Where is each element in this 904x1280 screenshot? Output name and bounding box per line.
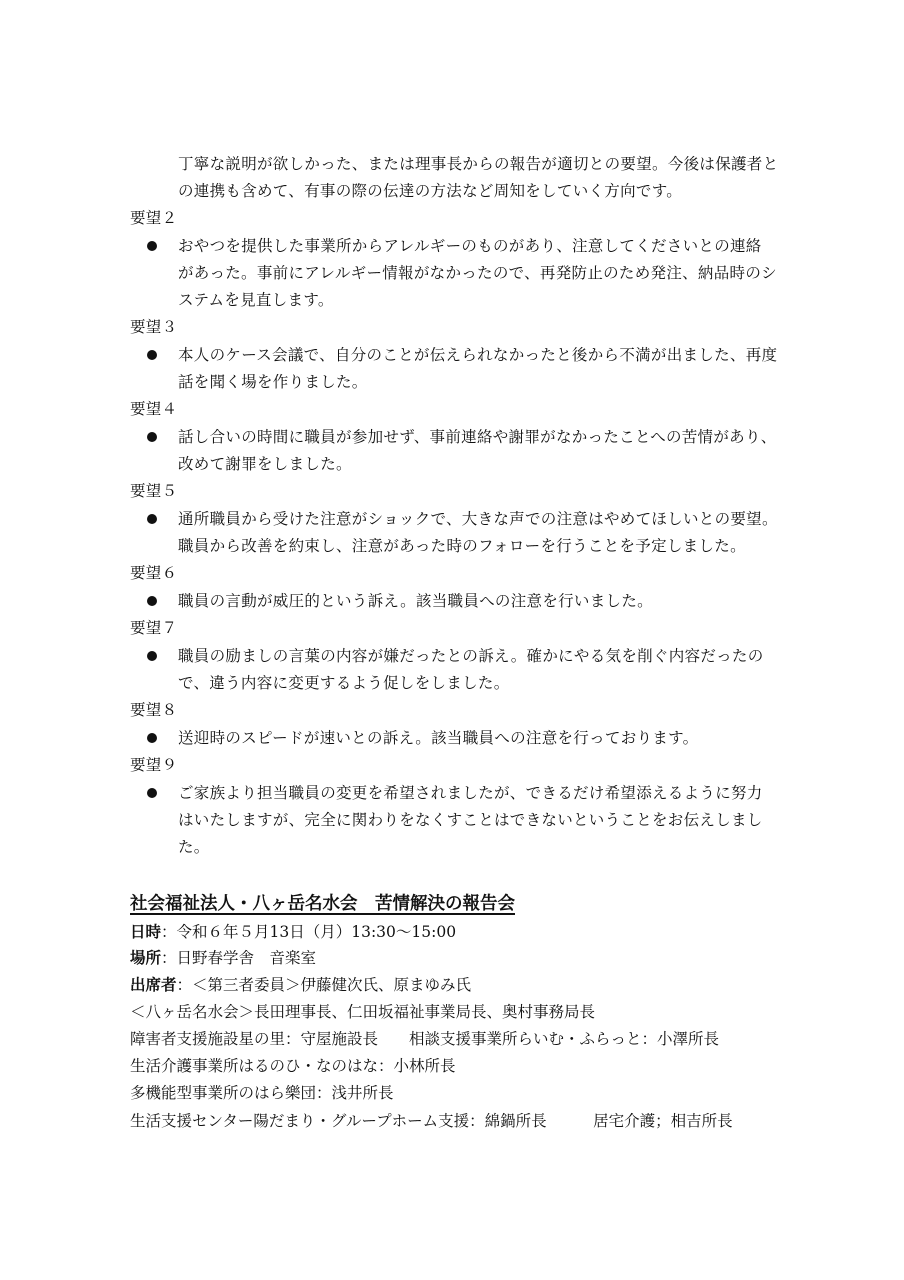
bullet-icon [147, 350, 157, 360]
bullet-icon [147, 514, 157, 524]
report-datetime: 日時：令和６年５月13日（月）13:30～15:00 [130, 922, 456, 942]
request-text: 職員から改善を約束し、注意があった時のフォローを行うことを予定しました。 [178, 536, 746, 556]
bullet-icon [147, 651, 157, 661]
request-text: ステムを見直します。 [178, 290, 334, 310]
request-text: 話を聞く場を作りました。 [178, 372, 368, 392]
request-text: おやつを提供した事業所からアレルギーのものがあり、注意してくださいとの連絡 [178, 236, 762, 256]
request-text: 本人のケース会議で、自分のことが伝えられなかったと後から不満が出ました、再度 [178, 345, 777, 365]
request-text: た。 [178, 837, 210, 857]
request-text: はいたしますが、完全に関わりをなくすことはできないということをお伝えしまし [178, 810, 763, 830]
request-text: 通所職員から受けた注意がショックで、大きな声での注意はやめてほしいとの要望。 [178, 509, 778, 529]
continuation-line: の連携も含めて、有事の際の伝達の方法など周知をしていく方向です。 [178, 181, 682, 201]
place-value: ：日野春学舎 音楽室 [161, 949, 316, 967]
request-text: 職員の励ましの言葉の内容が嫌だったとの訴え。確かにやる気を削ぐ内容だったの [178, 646, 764, 666]
request-label: 要望４ [130, 399, 177, 419]
bullet-icon [147, 788, 157, 798]
attendee-line: 障害者支援施設星の里：守屋施設長 相談支援事業所らいむ・ふらっと：小澤所長 [130, 1029, 719, 1049]
request-label: 要望７ [130, 618, 177, 638]
attendee-line: ＜八ヶ岳名水会＞長田理事長、仁田坂福祉事業局長、奥村事務局長 [130, 1002, 595, 1022]
request-text: 話し合いの時間に職員が参加せず、事前連絡や謝罪がなかったことへの苦情があり、 [178, 427, 777, 447]
request-text: 改めて謝罪をしました。 [178, 454, 352, 474]
report-title: 社会福祉法人・八ヶ岳名水会 苦情解決の報告会 [130, 892, 515, 916]
request-label: 要望６ [130, 563, 177, 583]
bullet-icon [147, 241, 157, 251]
continuation-line: 丁寧な説明が欲しかった、または理事長からの報告が適切との要望。今後は保護者と [178, 154, 778, 174]
attendee-line: 生活介護事業所はるのひ・なのはな：小林所長 [130, 1056, 456, 1076]
request-text: ご家族より担当職員の変更を希望されましたが、できるだけ希望添えるように努力 [178, 783, 763, 803]
document-page: 丁寧な説明が欲しかった、または理事長からの報告が適切との要望。今後は保護者と の… [0, 0, 904, 1280]
report-place: 場所：日野春学舎 音楽室 [130, 948, 316, 968]
request-label: 要望８ [130, 700, 177, 720]
place-label: 場所 [130, 948, 161, 967]
attendees-value: ：＜第三者委員＞伊藤健次氏、原まゆみ氏 [177, 976, 472, 994]
attendee-line: 生活支援センター陽だまり・グループホーム支援：綿鍋所長 居宅介護；相吉所長 [130, 1111, 733, 1131]
report-attendees: 出席者：＜第三者委員＞伊藤健次氏、原まゆみ氏 [130, 975, 471, 995]
request-label: 要望２ [130, 208, 177, 228]
bullet-icon [147, 432, 157, 442]
bullet-icon [147, 733, 157, 743]
request-label: 要望５ [130, 481, 177, 501]
request-text: 職員の言動が威圧的という訴え。該当職員への注意を行いました。 [178, 591, 653, 611]
request-text: があった。事前にアレルギー情報がなかったので、再発防止のため発注、納品時のシ [178, 263, 777, 283]
request-text: で、違う内容に変更するよう促しをしました。 [178, 673, 510, 693]
request-label: 要望３ [130, 317, 177, 337]
attendee-line: 多機能型事業所のはら樂団：浅井所長 [130, 1083, 394, 1103]
attendees-label: 出席者 [130, 975, 177, 994]
datetime-value: ：令和６年５月13日（月）13:30～15:00 [161, 923, 456, 941]
datetime-label: 日時 [130, 922, 161, 941]
request-label: 要望９ [130, 755, 177, 775]
request-text: 送迎時のスピードが速いとの訴え。該当職員への注意を行っております。 [178, 728, 698, 748]
bullet-icon [147, 596, 157, 606]
